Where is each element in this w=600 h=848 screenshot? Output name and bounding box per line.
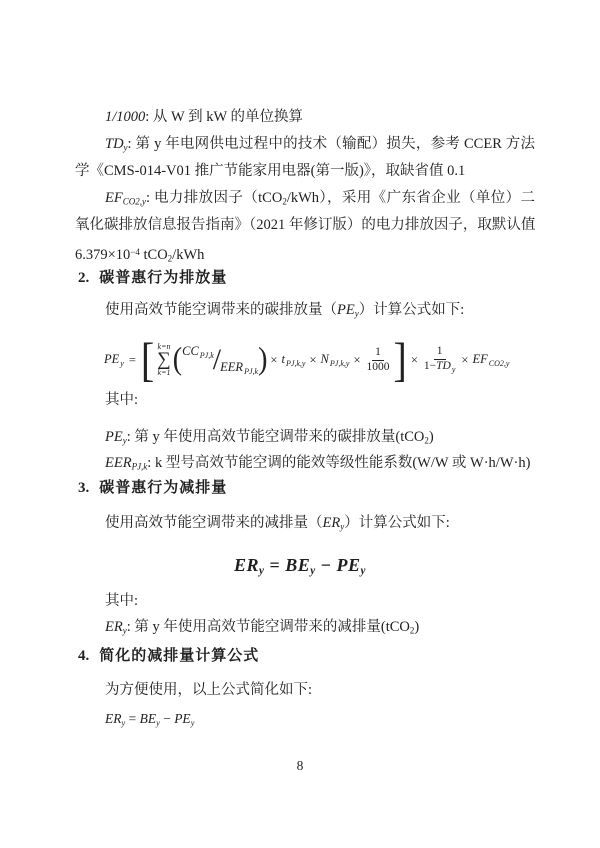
section-3-heading: 3.碳普惠行为减排量 [78, 475, 227, 502]
n-term: NPJ,k,y [321, 352, 350, 368]
er-formula-inline: ERy = BEy − PEy [105, 705, 194, 736]
def-ef-line2: 氧化碳排放信息报告指南》（2021 年修订版）的电力排放因子，取默认值 [75, 212, 535, 239]
where-label-1: 其中: [105, 387, 138, 414]
def-er: ERy: 第 y 年使用高效节能空调带来的减排量(tCO2) [105, 614, 419, 645]
right-bracket: ] [394, 336, 407, 383]
page-number: 8 [0, 752, 600, 779]
equals-sign: = [129, 353, 136, 368]
times-sign: × [461, 353, 468, 368]
left-paren: ( [173, 344, 182, 375]
section-4-title: 简化的减排量计算公式 [99, 648, 259, 664]
er-formula-display: ERy = BEy − PEy [0, 552, 600, 585]
left-bracket: [ [141, 336, 154, 383]
where-label-2: 其中: [105, 588, 138, 615]
def-td-line1: TDy: 第 y 年电网供电过程中的技术（输配）损失，参考 CCER 方法 [105, 131, 535, 162]
one-over-1000-fraction: 1 1000 [366, 346, 391, 375]
summation-symbol: k=n ∑ k=1 [157, 343, 171, 378]
pe-formula: PEy = [ k=n ∑ k=1 ( CCPJ,k / EERPJ,k ) ×… [103, 333, 510, 387]
one-over-1-minus-td-fraction: 1 1−TDy [423, 345, 457, 374]
times-sign: × [353, 353, 360, 368]
t-term: tPJ,k,y [281, 352, 305, 368]
cc-over-eer-fraction: CCPJ,k / EERPJ,k [182, 345, 258, 375]
section-2-number: 2. [78, 270, 89, 286]
times-sign: × [411, 353, 418, 368]
section-4-intro: 为方便使用，以上公式简化如下: [105, 677, 312, 704]
section-3-intro: 使用高效节能空调带来的减排量（ERy）计算公式如下: [105, 510, 450, 541]
section-2-heading: 2.碳普惠行为排放量 [78, 265, 227, 292]
section-3-title: 碳普惠行为减排量 [99, 480, 227, 496]
times-sign: × [270, 353, 277, 368]
section-2-title: 碳普惠行为排放量 [99, 270, 227, 286]
section-2-intro: 使用高效节能空调带来的碳排放量（PEy）计算公式如下: [105, 297, 464, 328]
document-page: 1/1000: 从 W 到 kW 的单位换算 TDy: 第 y 年电网供电过程中… [0, 0, 600, 848]
def-td-line2: 学《CMS-014-V01 推广节能家用电器(第一版)》，取缺省值 0.1 [75, 158, 465, 185]
times-sign: × [309, 353, 316, 368]
def-unit-conversion: 1/1000: 从 W 到 kW 的单位换算 [105, 104, 303, 131]
ef-term: EFCO2,y [472, 352, 509, 368]
def-ef-line1: EFCO2,y: 电力排放因子（tCO2/kWh），采用《广东省企业（单位）二 [105, 185, 535, 216]
right-paren: ) [258, 344, 267, 375]
pe-formula-lhs: PEy [104, 352, 124, 368]
section-4-heading: 4.简化的减排量计算公式 [78, 643, 259, 670]
section-4-number: 4. [78, 648, 89, 664]
section-3-number: 3. [78, 480, 89, 496]
